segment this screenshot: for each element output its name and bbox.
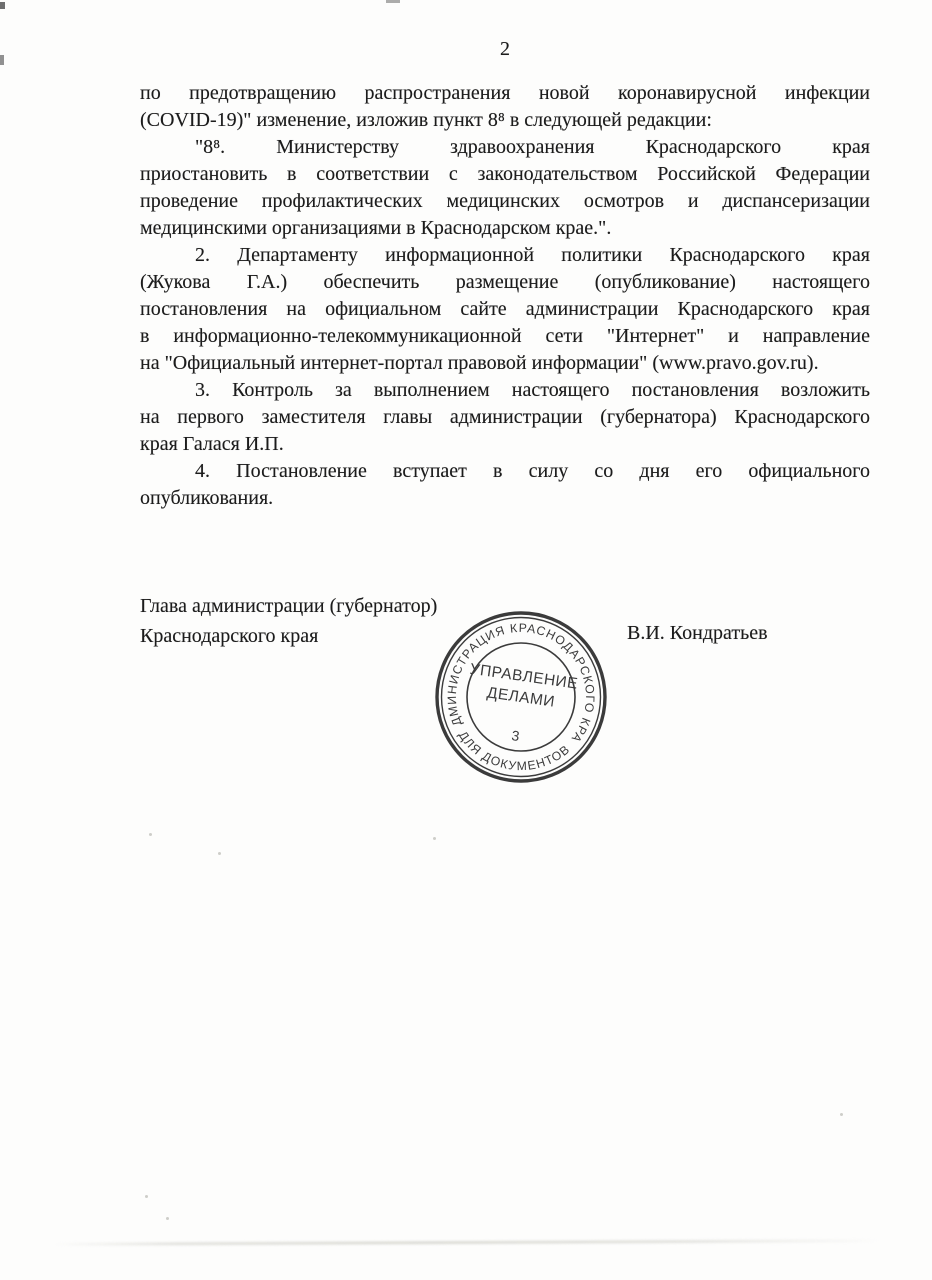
text-line: (COVID-19)" изменение, изложив пункт 8⁸ … [140,107,870,134]
text-line: "8⁸. Министерству здравоохранения Красно… [140,134,870,161]
text-line: по предотвращению распространения новой … [140,80,870,107]
text-line: опубликования. [140,485,870,512]
scan-speck [218,852,221,855]
page-number: 2 [140,36,870,63]
text-line: края Галася И.П. [140,431,870,458]
scan-artifact [0,55,4,65]
signer-title-line: Краснодарского края [140,621,437,651]
scan-speck [166,1217,169,1220]
signature-block: Глава администрации (губернатор) Краснод… [140,591,437,651]
text-line: на "Официальный интернет-портал правовой… [140,350,870,377]
scan-artifact [0,2,5,9]
stamp-center-number: 3 [511,727,521,744]
scanned-document-page: 2 по предотвращению распространения ново… [0,0,932,1280]
signer-name: В.И. Кондратьев [627,620,768,647]
text-line: 2. Департаменту информационной политики … [140,242,870,269]
text-line: постановления на официальном сайте админ… [140,296,870,323]
scan-speck [840,1113,843,1116]
official-round-stamp: АДМИНИСТРАЦИЯ КРАСНОДАРСКОГО КРАЯ * ДЛЯ … [433,609,609,785]
text-line: 3. Контроль за выполнением настоящего по… [140,377,870,404]
scan-speck [145,1195,148,1198]
text-line: (Жукова Г.А.) обеспечить размещение (опу… [140,269,870,296]
scan-speck [433,837,436,840]
text-line: на первого заместителя главы администрац… [140,404,870,431]
text-line: проведение профилактических медицинских … [140,188,870,215]
stamp-center-line1: УПРАВЛЕНИЕ [469,661,579,693]
text-line: медицинскими организациями в Краснодарск… [140,215,870,242]
text-line: приостановить в соответствии с законодат… [140,161,870,188]
scan-speck [149,833,152,836]
scan-artifact [386,0,400,3]
text-line: 4. Постановление вступает в силу со дня … [140,458,870,485]
document-body: по предотвращению распространения новой … [140,80,870,512]
signer-title-line: Глава администрации (губернатор) [140,591,437,621]
text-line: в информационно-телекоммуникационной сет… [140,323,870,350]
scan-streak [55,1239,880,1246]
